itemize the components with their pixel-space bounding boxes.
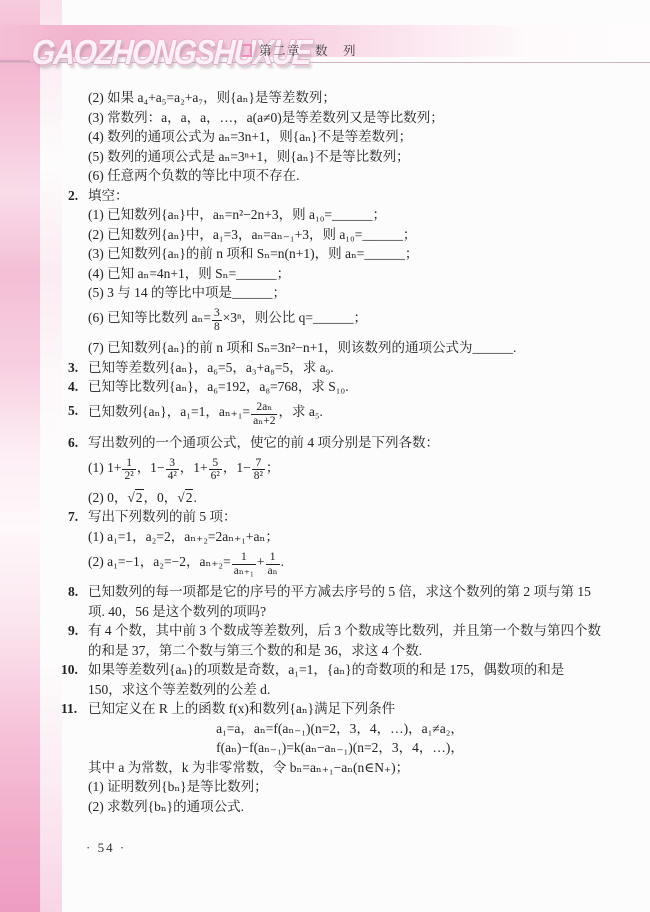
exercise-line: (4) 已知 aₙ=4n+1，则 Sₙ=______； xyxy=(68,264,626,284)
text-run: a₁=a，aₙ=f(aₙ₋₁)(n=2，3，4，…)，a₁≠a₂， xyxy=(216,721,464,736)
text-run: 150，求这个等差数列的公差 d. xyxy=(88,682,270,697)
fraction-numerator: 3 xyxy=(166,457,179,471)
exercise-line: 4.已知等比数列{aₙ}，a₆=192，a₈=768，求 S₁₀. xyxy=(68,377,626,397)
fraction-numerator: 3 xyxy=(212,307,222,321)
exercise-line: (5) 数列的通项公式是 aₙ=3ⁿ+1，则{aₙ}不是等比数列； xyxy=(68,147,626,167)
text-run: ，1− xyxy=(223,459,251,474)
text-run: 已知定义在 R 上的函数 f(x)和数列{aₙ}满足下列条件 xyxy=(88,701,395,716)
fraction: 34² xyxy=(166,457,179,484)
fraction: 12² xyxy=(122,457,135,484)
exercise-line: (4) 数列的通项公式为 aₙ=3n+1，则{aₙ}不是等差数列； xyxy=(68,127,626,147)
text-run: (3) 已知数列{aₙ}的前 n 项和 Sₙ=n(n+1)，则 aₙ=_____… xyxy=(88,246,418,261)
fraction-denominator: aₙ+2 xyxy=(251,415,277,428)
exercise-line: (3) 常数列：a，a，a，…，a(a≠0)是等差数列又是等比数列； xyxy=(68,108,626,128)
exercise-line: (6) 已知等比数列 aₙ=38×3ⁿ，则公比 q=______； xyxy=(68,307,626,334)
text-run: (2) 0， xyxy=(88,490,127,505)
exercise-line: (2) 0，√2，0，√2. xyxy=(68,488,626,508)
exercise-line: (1) 1+12²，1−34²，1+56²，1−78²； xyxy=(68,457,626,484)
exercise-line: (1) 已知数列{aₙ}中，aₙ=n²−2n+3，则 a₁₀=______； xyxy=(68,205,626,225)
fraction: 38 xyxy=(212,307,222,334)
text-run: 已知数列{aₙ}，a₁=1，aₙ₊₁= xyxy=(88,404,250,419)
text-run: 项. 40，56 是这个数列的项吗? xyxy=(88,604,266,619)
text-run: (1) 证明数列{bₙ}是等比数列； xyxy=(88,779,268,794)
text-run: (3) 常数列：a，a，a，…，a(a≠0)是等差数列又是等比数列； xyxy=(88,110,444,125)
question-number: 10. xyxy=(61,660,78,680)
exercise-line: (1) 证明数列{bₙ}是等比数列； xyxy=(68,777,626,797)
text-run: f(aₙ)−f(aₙ₋₁)=k(aₙ−aₙ₋₁)(n=2，3，4，…)， xyxy=(216,740,464,755)
text-run: (5) 数列的通项公式是 aₙ=3ⁿ+1，则{aₙ}不是等比数列； xyxy=(88,149,410,164)
exercise-line: (2) 已知数列{aₙ}中，a₁=3，aₙ=aₙ₋₁+3，则 a₁₀=_____… xyxy=(68,225,626,245)
question-number: 2. xyxy=(68,186,78,206)
chapter-title: 第二章 数 列 xyxy=(259,41,357,59)
fraction: 56² xyxy=(209,457,222,484)
chapter-bracket-icon xyxy=(242,44,252,57)
left-decor-strip xyxy=(0,0,40,912)
exercise-line: (2) 如果 a₄+a₅=a₂+a₇，则{aₙ}是等差数列； xyxy=(68,88,626,108)
fraction: 1aₙ xyxy=(266,551,280,578)
text-run: (7) 已知数列{aₙ}的前 n 项和 Sₙ=3n²−n+1，则该数列的通项公式… xyxy=(88,340,516,355)
text-run: (5) 3 与 14 的等比中项是______； xyxy=(88,285,286,300)
text-run: ，求 a₅. xyxy=(278,404,322,419)
text-run: ； xyxy=(266,459,280,474)
text-run: (1) 已知数列{aₙ}中，aₙ=n²−2n+3，则 a₁₀=______； xyxy=(88,207,386,222)
text-run: . xyxy=(193,490,196,505)
exercise-line: 150，求这个等差数列的公差 d. xyxy=(68,680,626,700)
exercise-line: (6) 任意两个负数的等比中项不存在. xyxy=(68,166,626,186)
exercise-line: 9.有 4 个数，其中前 3 个数成等差数列，后 3 个数成等比数列，并且第一个… xyxy=(68,621,626,641)
exercise-line: (1) a₁=1，a₂=2，aₙ₊₂=2aₙ₊₁+aₙ； xyxy=(68,527,626,547)
header-dash xyxy=(0,60,30,62)
text-run: (6) 已知等比数列 aₙ= xyxy=(88,310,211,325)
fraction: 78² xyxy=(252,457,265,484)
exercise-line: 10.如果等差数列{aₙ}的项数是奇数，a₁=1，{aₙ}的奇数项的和是 175… xyxy=(68,660,626,680)
square-root: √2 xyxy=(127,489,143,505)
text-run: (2) 已知数列{aₙ}中，a₁=3，aₙ=aₙ₋₁+3，则 a₁₀=_____… xyxy=(88,227,416,242)
text-run: (2) 求数列{bₙ}的通项公式. xyxy=(88,799,244,814)
question-number: 9. xyxy=(68,621,78,641)
fraction: 1aₙ₊₁ xyxy=(232,551,256,578)
text-run: 写出下列数列的前 5 项： xyxy=(88,509,237,524)
fraction-denominator: 2² xyxy=(122,470,135,483)
text-run: 的和是 37，第二个数与第三个数的和是 36，求这 4 个数. xyxy=(88,643,422,658)
text-run: (1) 1+ xyxy=(88,459,121,474)
fraction-numerator: 1 xyxy=(122,457,135,471)
fraction-denominator: 8² xyxy=(252,470,265,483)
exercise-line: 其中 a 为常数，k 为非零常数，令 bₙ=aₙ₊₁−aₙ(n∈N₊)； xyxy=(68,758,626,778)
exercise-line: 11.已知定义在 R 上的函数 f(x)和数列{aₙ}满足下列条件 xyxy=(68,699,626,719)
text-run: ，1+ xyxy=(180,459,208,474)
question-number: 6. xyxy=(68,433,78,453)
exercise-content: (2) 如果 a₄+a₅=a₂+a₇，则{aₙ}是等差数列；(3) 常数列：a，… xyxy=(68,88,626,816)
text-run: ，1− xyxy=(137,459,165,474)
exercise-line: (3) 已知数列{aₙ}的前 n 项和 Sₙ=n(n+1)，则 aₙ=_____… xyxy=(68,244,626,264)
text-run: (2) a₁=−1，a₂=−2，aₙ₊₂= xyxy=(88,554,231,569)
fraction-numerator: 5 xyxy=(209,457,222,471)
text-run: 有 4 个数，其中前 3 个数成等差数列，后 3 个数成等比数列，并且第一个数与… xyxy=(88,623,601,638)
text-run: 其中 a 为常数，k 为非零常数，令 bₙ=aₙ₊₁−aₙ(n∈N₊)； xyxy=(88,760,409,775)
text-run: 填空： xyxy=(88,188,129,203)
exercise-line: 2.填空： xyxy=(68,186,626,206)
fraction-denominator: 4² xyxy=(166,470,179,483)
radicand: 2 xyxy=(135,489,144,505)
square-root: √2 xyxy=(177,489,193,505)
exercise-line: (7) 已知数列{aₙ}的前 n 项和 Sₙ=3n²−n+1，则该数列的通项公式… xyxy=(68,338,626,358)
text-run: (6) 任意两个负数的等比中项不存在. xyxy=(88,168,300,183)
text-run: ，0， xyxy=(144,490,178,505)
exercise-line: (2) 求数列{bₙ}的通项公式. xyxy=(68,797,626,817)
exercise-line: (2) a₁=−1，a₂=−2，aₙ₊₂=1aₙ₊₁+1aₙ. xyxy=(68,551,626,578)
question-number: 3. xyxy=(68,358,78,378)
exercise-line: (5) 3 与 14 的等比中项是______； xyxy=(68,283,626,303)
fraction: 2aₙaₙ+2 xyxy=(251,401,277,428)
exercise-line: 5.已知数列{aₙ}，a₁=1，aₙ₊₁=2aₙaₙ+2，求 a₅. xyxy=(68,401,626,428)
page-number: · 54 · xyxy=(86,840,126,856)
text-run: 如果等差数列{aₙ}的项数是奇数，a₁=1，{aₙ}的奇数项的和是 175，偶数… xyxy=(88,662,564,677)
question-number: 4. xyxy=(68,377,78,397)
fraction-numerator: 1 xyxy=(232,551,256,565)
question-number: 7. xyxy=(68,507,78,527)
fraction-denominator: aₙ₊₁ xyxy=(232,565,256,578)
fraction-numerator: 7 xyxy=(252,457,265,471)
exercise-line: a₁=a，aₙ=f(aₙ₋₁)(n=2，3，4，…)，a₁≠a₂， xyxy=(68,719,626,739)
exercise-line: 项. 40，56 是这个数列的项吗? xyxy=(68,602,626,622)
text-run: + xyxy=(257,554,265,569)
chapter-heading: 第二章 数 列 xyxy=(242,41,357,59)
question-number: 8. xyxy=(68,582,78,602)
text-run: 已知等差数列{aₙ}，a₆=5，a₃+a₈=5，求 a₉. xyxy=(88,360,334,375)
exercise-line: 的和是 37，第二个数与第三个数的和是 36，求这 4 个数. xyxy=(68,641,626,661)
fraction-denominator: 8 xyxy=(212,321,222,334)
question-number: 5. xyxy=(68,401,78,421)
text-run: (4) 数列的通项公式为 aₙ=3n+1，则{aₙ}不是等差数列； xyxy=(88,129,412,144)
fraction-numerator: 1 xyxy=(266,551,280,565)
question-number: 11. xyxy=(61,699,77,719)
left-decor-strip-inner xyxy=(40,0,62,912)
fraction-denominator: 6² xyxy=(209,470,222,483)
text-run: ×3ⁿ，则公比 q=______； xyxy=(223,310,367,325)
fraction-denominator: aₙ xyxy=(266,565,280,578)
text-run: 写出数列的一个通项公式，使它的前 4 项分别是下列各数： xyxy=(88,435,439,450)
text-run: . xyxy=(281,554,284,569)
text-run: (4) 已知 aₙ=4n+1，则 Sₙ=______； xyxy=(88,266,290,281)
exercise-line: 7.写出下列数列的前 5 项： xyxy=(68,507,626,527)
exercise-line: f(aₙ)−f(aₙ₋₁)=k(aₙ−aₙ₋₁)(n=2，3，4，…)， xyxy=(68,738,626,758)
exercise-line: 3.已知等差数列{aₙ}，a₆=5，a₃+a₈=5，求 a₉. xyxy=(68,358,626,378)
text-run: (2) 如果 a₄+a₅=a₂+a₇，则{aₙ}是等差数列； xyxy=(88,90,336,105)
fraction-numerator: 2aₙ xyxy=(251,401,277,415)
exercise-line: 6.写出数列的一个通项公式，使它的前 4 项分别是下列各数： xyxy=(68,433,626,453)
textbook-page: GAOZHONGSHUXUE 第二章 数 列 (2) 如果 a₄+a₅=a₂+a… xyxy=(0,0,650,912)
text-run: 已知等比数列{aₙ}，a₆=192，a₈=768，求 S₁₀. xyxy=(88,379,349,394)
text-run: (1) a₁=1，a₂=2，aₙ₊₂=2aₙ₊₁+aₙ； xyxy=(88,529,279,544)
text-run: 已知数列的每一项都是它的序号的平方减去序号的 5 倍，求这个数列的第 2 项与第… xyxy=(88,584,591,599)
exercise-line: 8.已知数列的每一项都是它的序号的平方减去序号的 5 倍，求这个数列的第 2 项… xyxy=(68,582,626,602)
